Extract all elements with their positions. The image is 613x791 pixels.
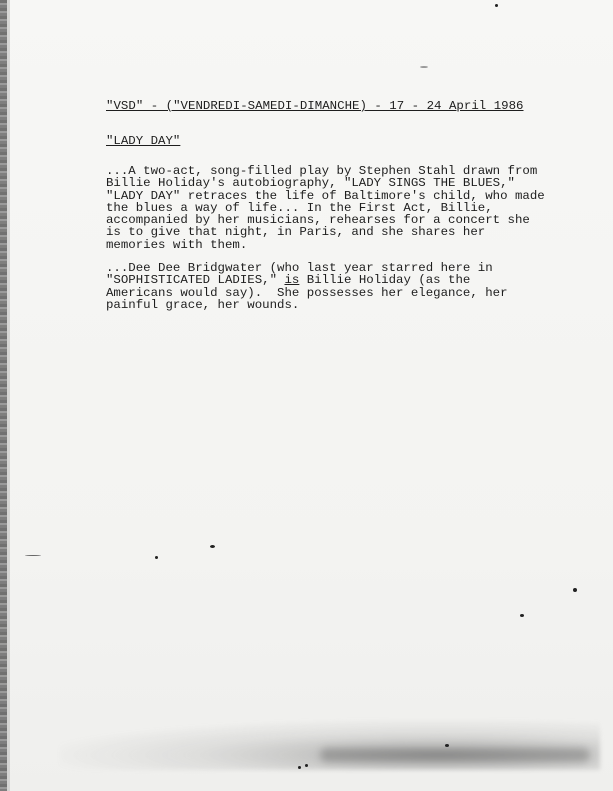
paragraph-1: ...A two-act, song-filled play by Stephe… <box>106 165 545 251</box>
scan-edge-shadow-light <box>7 0 10 791</box>
speck <box>420 66 428 68</box>
paragraph-1-line: is to give that night, in Paris, and she… <box>106 226 545 238</box>
speck <box>155 556 158 559</box>
speck <box>305 764 308 767</box>
toner-smudge <box>60 720 600 770</box>
article-title: "LADY DAY" <box>106 134 180 148</box>
paragraph-1-line: Billie Holiday's autobiography, "LADY SI… <box>106 177 545 189</box>
scan-edge-shadow <box>0 0 7 791</box>
speck <box>298 766 301 769</box>
speck <box>520 614 524 617</box>
speck <box>445 744 449 747</box>
speck <box>210 545 215 548</box>
paragraph-2-line: "SOPHISTICATED LADIES," is Billie Holida… <box>106 274 508 286</box>
scanned-page: "VSD" - ("VENDREDI-SAMEDI-DIMANCHE) - 17… <box>0 0 613 791</box>
speck <box>495 4 498 7</box>
paragraph-2-line: painful grace, her wounds. <box>106 299 508 311</box>
toner-smudge-dark <box>320 748 590 762</box>
paragraph-2: ...Dee Dee Bridgwater (who last year sta… <box>106 262 508 311</box>
paragraph-1-line: memories with them. <box>106 239 545 251</box>
speck <box>25 555 41 556</box>
speck <box>573 588 577 592</box>
document-header: "VSD" - ("VENDREDI-SAMEDI-DIMANCHE) - 17… <box>106 99 524 113</box>
